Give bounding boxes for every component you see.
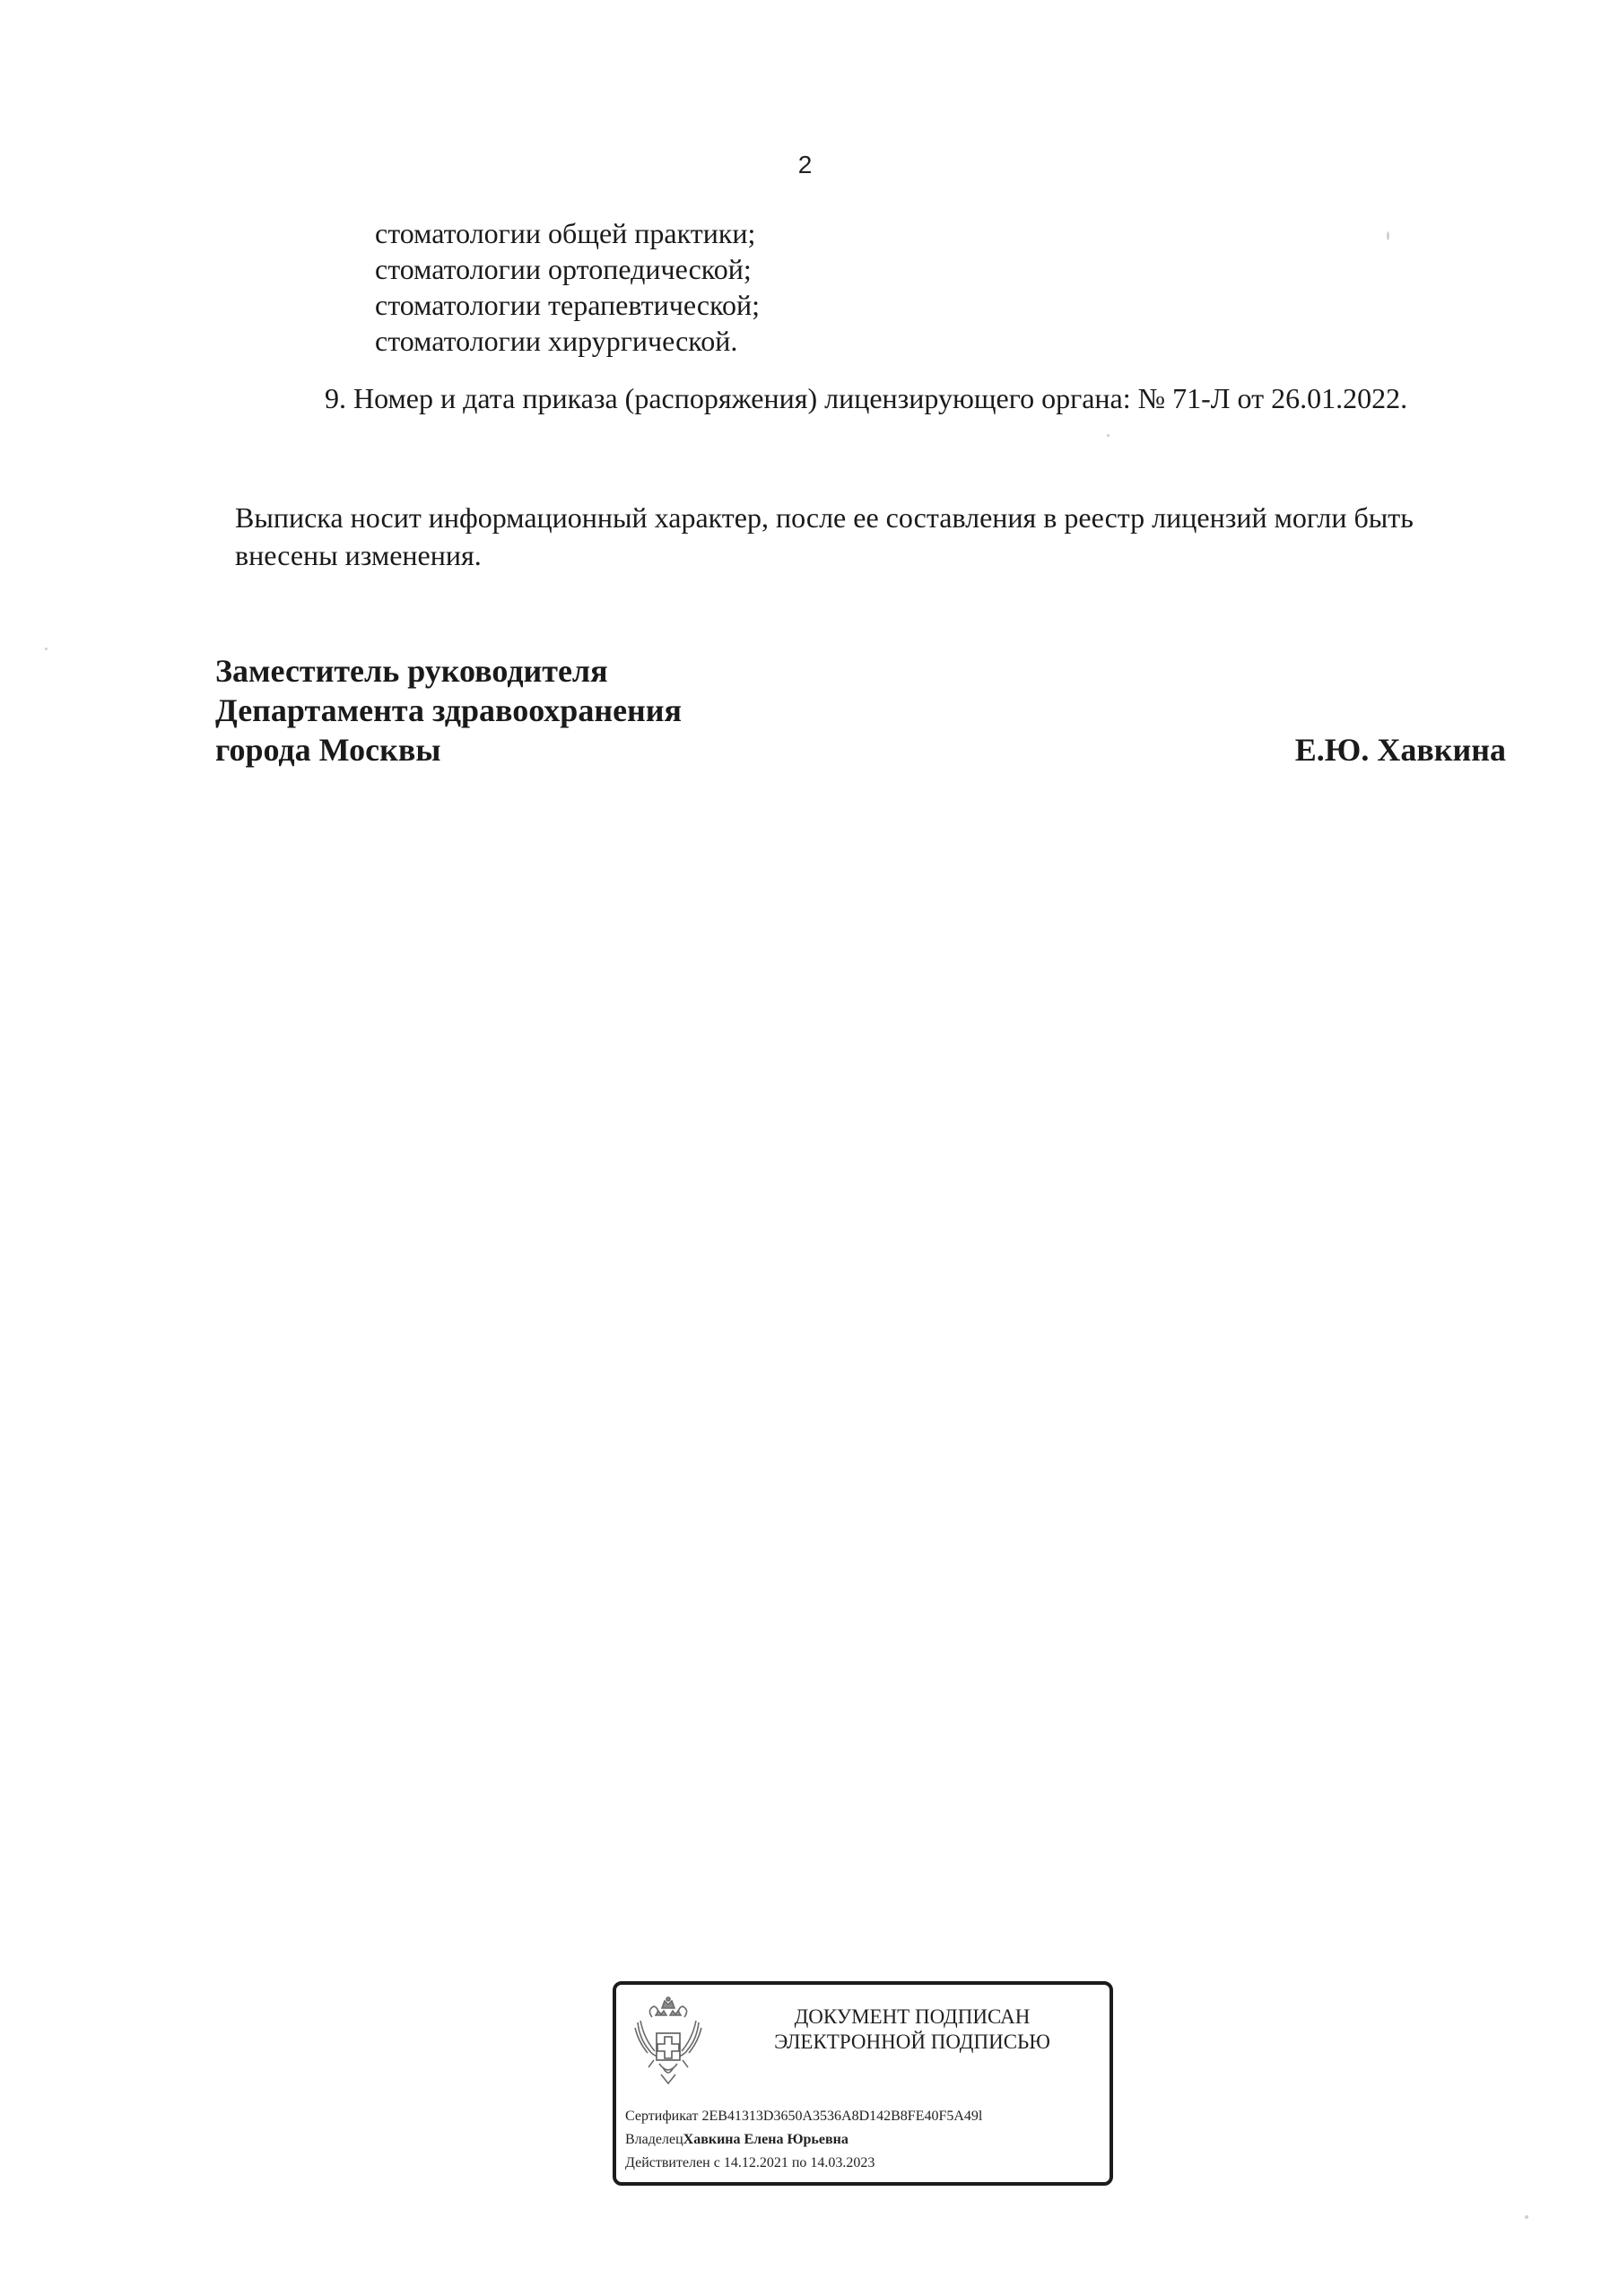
position-line: города Москвы — [215, 730, 682, 770]
list-item: стоматологии хирургической. — [375, 323, 760, 359]
certificate-line: Сертификат 2EB41313D3650A3536A8D142B8FE4… — [625, 2105, 982, 2128]
position-line: Департамента здравоохранения — [215, 691, 682, 730]
signatory-position: Заместитель руководителя Департамента зд… — [215, 651, 682, 770]
scan-speck — [45, 648, 48, 650]
list-item: стоматологии ортопедической; — [375, 251, 760, 287]
stamp-title-line: ДОКУМЕНТ ПОДПИСАН — [724, 2005, 1101, 2030]
electronic-signature-stamp: ДОКУМЕНТ ПОДПИСАН ЭЛЕКТРОННОЙ ПОДПИСЬЮ С… — [613, 1981, 1113, 2186]
owner-value: Хавкина Елена Юрьевна — [683, 2132, 849, 2147]
list-item: стоматологии терапевтической; — [375, 287, 760, 323]
certificate-label: Сертификат — [625, 2109, 698, 2124]
stamp-title-line: ЭЛЕКТРОННОЙ ПОДПИСЬЮ — [724, 2030, 1101, 2055]
disclaimer-note: Выписка носит информационный характер, п… — [235, 499, 1509, 574]
signatory-name: Е.Ю. Хавкина — [1295, 730, 1506, 770]
page-number: 2 — [0, 151, 1610, 179]
owner-line: ВладелецХавкина Елена Юрьевна — [625, 2128, 982, 2152]
specialties-list: стоматологии общей практики; стоматологи… — [375, 215, 760, 359]
scan-speck — [1525, 2215, 1528, 2219]
scan-speck — [1107, 434, 1110, 437]
scan-speck — [1387, 231, 1389, 240]
certificate-value: 2EB41313D3650A3536A8D142B8FE40F5A49l — [701, 2109, 982, 2124]
stamp-details: Сертификат 2EB41313D3650A3536A8D142B8FE4… — [625, 2105, 982, 2175]
stamp-title: ДОКУМЕНТ ПОДПИСАН ЭЛЕКТРОННОЙ ПОДПИСЬЮ — [724, 2005, 1101, 2055]
validity-line: Действителен с 14.12.2021 по 14.03.2023 — [625, 2152, 982, 2175]
coat-of-arms-icon — [632, 1996, 704, 2091]
position-line: Заместитель руководителя — [215, 651, 682, 691]
order-number-paragraph: 9. Номер и дата приказа (распоряжения) л… — [325, 380, 1407, 416]
list-item: стоматологии общей практики; — [375, 215, 760, 251]
owner-label: Владелец — [625, 2132, 683, 2147]
